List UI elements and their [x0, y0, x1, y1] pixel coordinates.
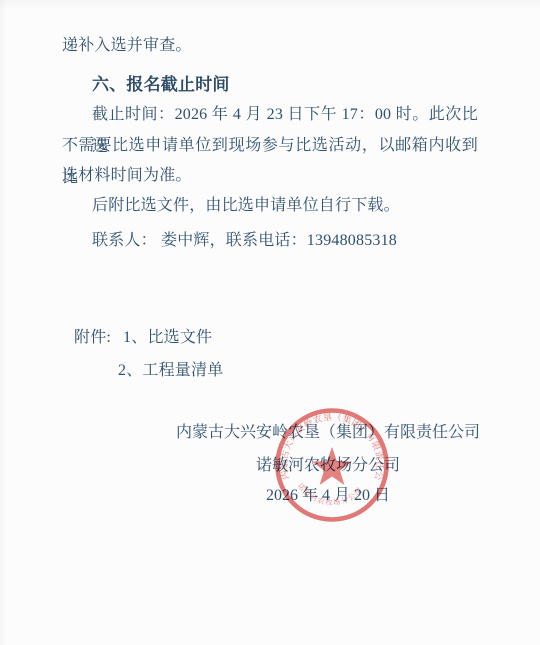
attachment-item-2: 2、工程量清单 — [118, 355, 223, 387]
paragraph-carryover-line: 递补入选并审查。 — [62, 30, 192, 62]
contact-line: 联系人： 娄中辉，联系电话：13948085318 — [92, 225, 397, 257]
seal-bottom-text: 诺敏河农牧场分公司 — [296, 481, 365, 507]
attachments-label: 附件: — [74, 329, 111, 346]
deadline-paragraph-line-3: 选材料时间为准。 — [62, 160, 192, 192]
attachments-line-1: 附件:1、比选文件 — [74, 322, 212, 354]
section-heading-deadline: 六、报名截止时间 — [92, 69, 230, 101]
scanned-notice-page: 递补入选并审查。 六、报名截止时间 截止时间：2026 年 4 月 23 日下午… — [0, 0, 540, 645]
seal-star-icon — [312, 447, 352, 485]
official-red-seal: 内蒙古大兴安岭农垦（集团）有限责任公司 诺敏河农牧场分公司 — [267, 400, 397, 530]
attachment-item-1: 1、比选文件 — [123, 329, 212, 346]
download-note-line: 后附比选文件，由比选申请单位自行下载。 — [92, 190, 400, 222]
